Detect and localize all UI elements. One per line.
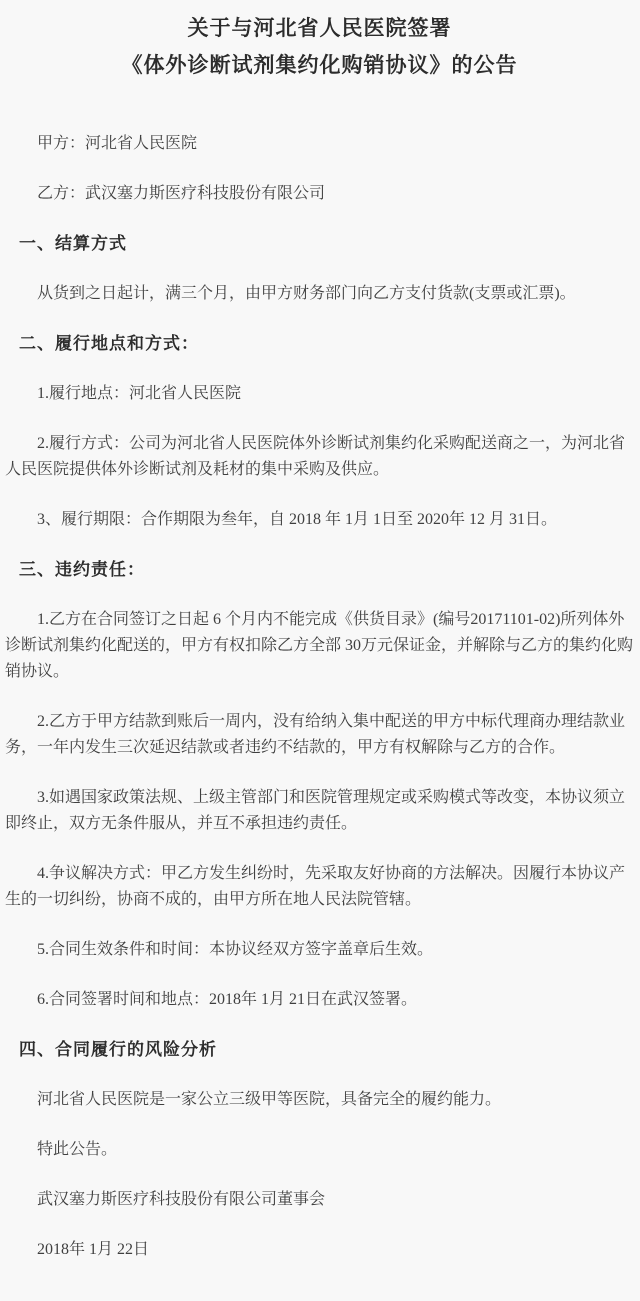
document-title-line-1: 关于与河北省人民医院签署 (5, 10, 634, 47)
section-1-heading: 一、结算方式 (5, 231, 634, 257)
section-3-paragraph-2: 2.乙方于甲方结款到账后一周内，没有给纳入集中配送的甲方中标代理商办理结款业务，… (5, 709, 634, 761)
section-4-heading: 四、合同履行的风险分析 (5, 1037, 634, 1063)
section-2-paragraph-1: 1.履行地点：河北省人民医院 (5, 381, 634, 407)
document-title-line-2: 《体外诊断试剂集约化购销协议》的公告 (5, 47, 634, 84)
closing-notice: 特此公告。 (5, 1137, 634, 1163)
section-1-paragraph-1: 从货到之日起计，满三个月，由甲方财务部门向乙方支付货款(支票或汇票)。 (5, 281, 634, 307)
announcement-document: 关于与河北省人民医院签署 《体外诊断试剂集约化购销协议》的公告 甲方：河北省人民… (0, 0, 640, 1301)
section-4-paragraph-1: 河北省人民医院是一家公立三级甲等医院，具备完全的履约能力。 (5, 1087, 634, 1113)
party-b-line: 乙方：武汉塞力斯医疗科技股份有限公司 (5, 181, 634, 207)
section-3-paragraph-6: 6.合同签署时间和地点：2018年 1月 21日在武汉签署。 (5, 987, 634, 1013)
document-title: 关于与河北省人民医院签署 《体外诊断试剂集约化购销协议》的公告 (5, 10, 634, 84)
section-3-paragraph-5: 5.合同生效条件和时间：本协议经双方签字盖章后生效。 (5, 937, 634, 963)
section-2-paragraph-3: 3、履行期限：合作期限为叁年，自 2018 年 1月 1日至 2020年 12 … (5, 507, 634, 533)
closing-date: 2018年 1月 22日 (5, 1237, 634, 1263)
section-3-paragraph-4: 4.争议解决方式：甲乙方发生纠纷时，先采取友好协商的方法解决。因履行本协议产生的… (5, 861, 634, 913)
section-2-paragraph-2: 2.履行方式：公司为河北省人民医院体外诊断试剂集约化采购配送商之一，为河北省人民… (5, 431, 634, 483)
section-3-heading: 三、违约责任： (5, 557, 634, 583)
section-3-paragraph-3: 3.如遇国家政策法规、上级主管部门和医院管理规定或采购模式等改变，本协议须立即终… (5, 785, 634, 837)
section-2-heading: 二、履行地点和方式： (5, 331, 634, 357)
closing-signature: 武汉塞力斯医疗科技股份有限公司董事会 (5, 1187, 634, 1213)
party-a-line: 甲方：河北省人民医院 (5, 131, 634, 157)
section-3-paragraph-1: 1.乙方在合同签订之日起 6 个月内不能完成《供货目录》(编号20171101-… (5, 607, 634, 685)
